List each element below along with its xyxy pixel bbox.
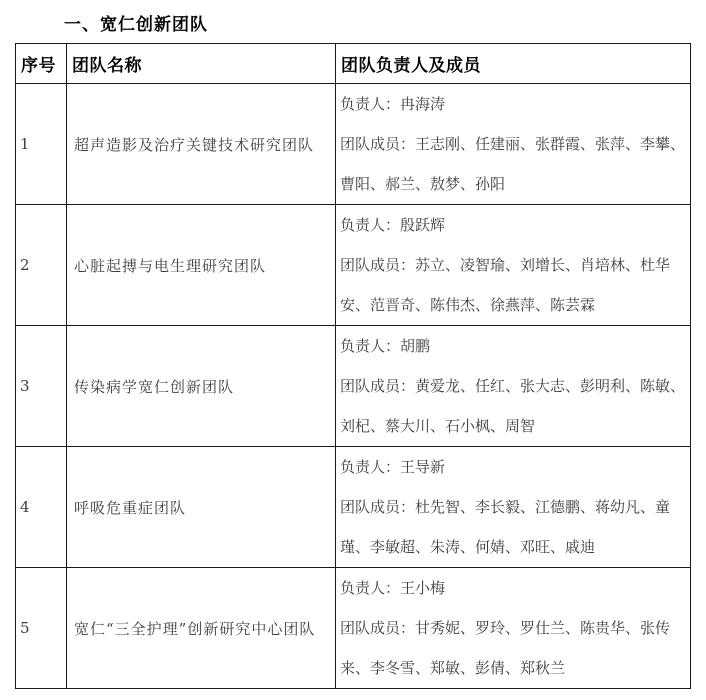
page-title: 一、宽仁创新团队 <box>64 10 706 35</box>
row-number: 2 <box>16 205 67 326</box>
column-header-no: 序号 <box>16 44 67 84</box>
team-leader: 负责人：冉海涛 <box>340 84 686 124</box>
team-leader-members-cell: 负责人：胡鹏 团队成员：黄爱龙、任红、张大志、彭明利、陈敏、刘杞、蔡大川、石小枫… <box>336 326 691 447</box>
team-leader: 负责人：王导新 <box>340 447 686 487</box>
innovation-team-table: 序号 团队名称 团队负责人及成员 1 超声造影及治疗关键技术研究团队 负责人：冉… <box>15 43 691 689</box>
team-name: 心脏起搏与电生理研究团队 <box>67 205 336 326</box>
team-leader: 负责人：王小梅 <box>340 568 686 608</box>
team-leader-members-cell: 负责人：殷跃辉 团队成员：苏立、凌智瑜、刘增长、肖培林、杜华安、范晋奇、陈伟杰、… <box>336 205 691 326</box>
team-members: 团队成员：王志刚、任建丽、张群霞、张萍、李攀、曹阳、郝兰、敖梦、孙阳 <box>340 124 686 204</box>
team-name: 超声造影及治疗关键技术研究团队 <box>67 84 336 205</box>
column-header-team-name: 团队名称 <box>67 44 336 84</box>
team-leader-members-cell: 负责人：冉海涛 团队成员：王志刚、任建丽、张群霞、张萍、李攀、曹阳、郝兰、敖梦、… <box>336 84 691 205</box>
team-members: 团队成员：苏立、凌智瑜、刘增长、肖培林、杜华安、范晋奇、陈伟杰、徐燕萍、陈芸霖 <box>340 245 686 325</box>
row-number: 1 <box>16 84 67 205</box>
team-members: 团队成员：杜先智、李长毅、江德鹏、蒋幼凡、童瑾、李敏超、朱涛、何婧、邓旺、戚迪 <box>340 487 686 567</box>
table-row: 1 超声造影及治疗关键技术研究团队 负责人：冉海涛 团队成员：王志刚、任建丽、张… <box>16 84 691 205</box>
table-row: 3 传染病学宽仁创新团队 负责人：胡鹏 团队成员：黄爱龙、任红、张大志、彭明利、… <box>16 326 691 447</box>
team-name: 呼吸危重症团队 <box>67 447 336 568</box>
column-header-leader-members: 团队负责人及成员 <box>336 44 691 84</box>
team-members: 团队成员：黄爱龙、任红、张大志、彭明利、陈敏、刘杞、蔡大川、石小枫、周智 <box>340 366 686 446</box>
team-leader: 负责人：胡鹏 <box>340 326 686 366</box>
table-row: 5 宽仁“三全护理”创新研究中心团队 负责人：王小梅 团队成员：甘秀妮、罗玲、罗… <box>16 568 691 689</box>
row-number: 4 <box>16 447 67 568</box>
team-leader-members-cell: 负责人：王导新 团队成员：杜先智、李长毅、江德鹏、蒋幼凡、童瑾、李敏超、朱涛、何… <box>336 447 691 568</box>
table-header-row: 序号 团队名称 团队负责人及成员 <box>16 44 691 84</box>
row-number: 5 <box>16 568 67 689</box>
table-row: 2 心脏起搏与电生理研究团队 负责人：殷跃辉 团队成员：苏立、凌智瑜、刘增长、肖… <box>16 205 691 326</box>
table-row: 4 呼吸危重症团队 负责人：王导新 团队成员：杜先智、李长毅、江德鹏、蒋幼凡、童… <box>16 447 691 568</box>
team-name: 传染病学宽仁创新团队 <box>67 326 336 447</box>
team-name: 宽仁“三全护理”创新研究中心团队 <box>67 568 336 689</box>
team-leader-members-cell: 负责人：王小梅 团队成员：甘秀妮、罗玲、罗仕兰、陈贵华、张传来、李冬雪、郑敏、彭… <box>336 568 691 689</box>
team-members: 团队成员：甘秀妮、罗玲、罗仕兰、陈贵华、张传来、李冬雪、郑敏、彭倩、郑秋兰 <box>340 608 686 688</box>
row-number: 3 <box>16 326 67 447</box>
team-leader: 负责人：殷跃辉 <box>340 205 686 245</box>
